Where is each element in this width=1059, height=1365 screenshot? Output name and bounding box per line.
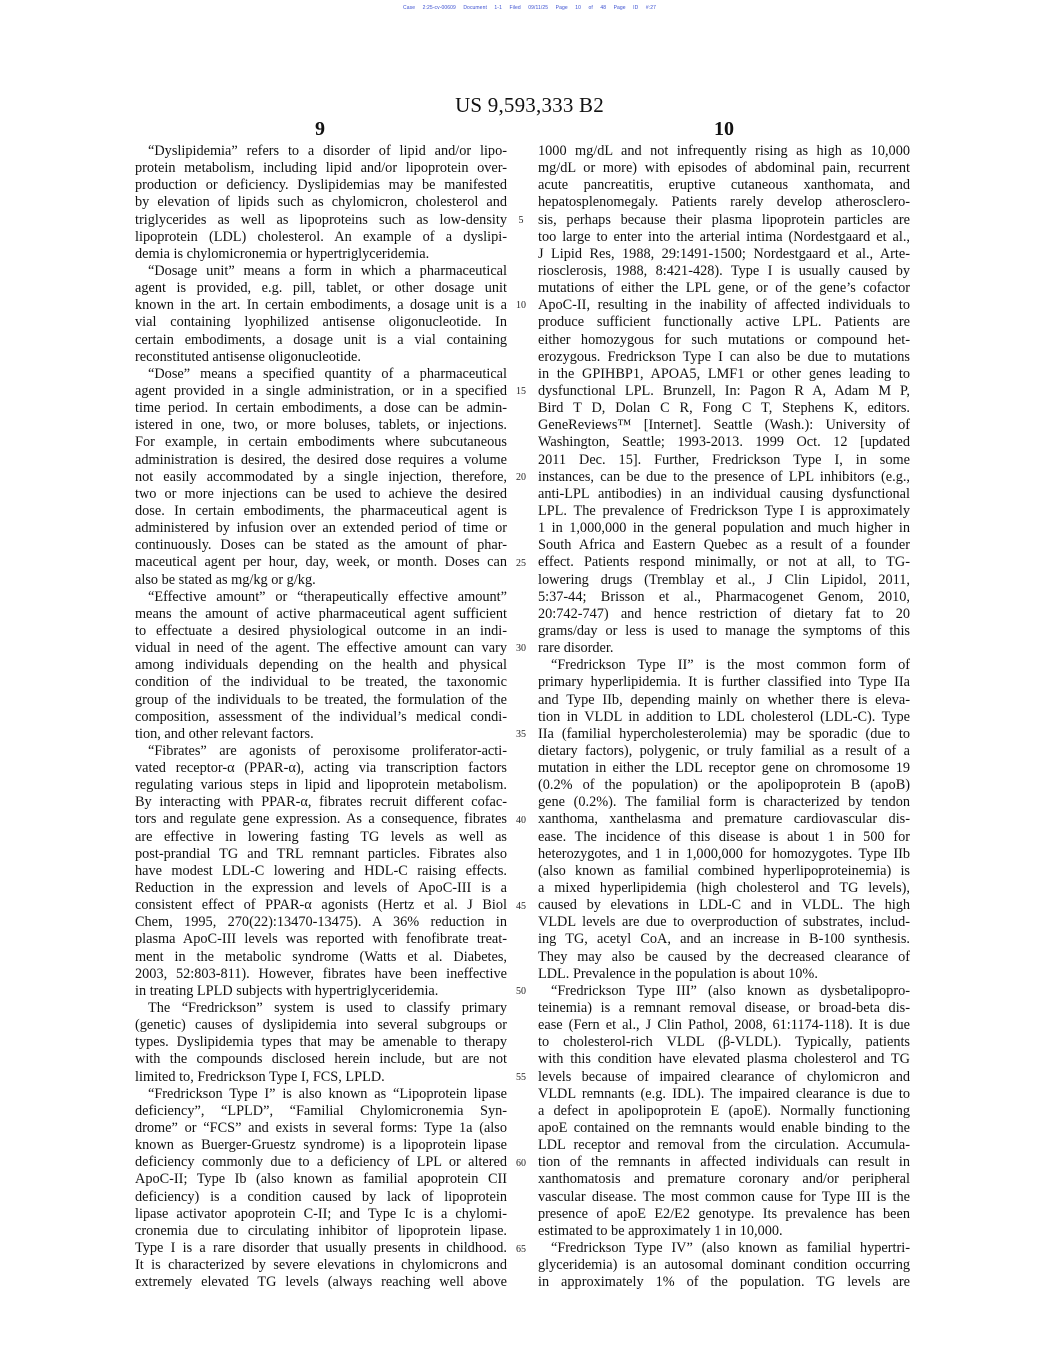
text-line: VLDL levels are due to overproduction of… <box>538 914 910 931</box>
text-line: For example, in certain embodiments wher… <box>135 434 507 451</box>
text-line: anti-LPL antibodies) in an individual ca… <box>538 486 910 503</box>
text-line: either homozygous for such mutations or … <box>538 332 910 349</box>
text-line: levels because of impaired clearance of … <box>538 1069 910 1086</box>
text-line: maceutical agent per hour, day, week, or… <box>135 554 507 571</box>
text-line: composition, assessment of the individua… <box>135 709 507 726</box>
text-line: teinemia) is a remnant removal disease, … <box>538 1000 910 1017</box>
text-line: post-prandial TG and TRL remnant particl… <box>135 846 507 863</box>
line-number: 15 <box>510 386 532 397</box>
text-line: mg/dL or more) with episodes of abdomina… <box>538 160 910 177</box>
text-line: a defect in apolipoprotein E (apoE). Nor… <box>538 1103 910 1120</box>
line-number: 5 <box>510 215 532 226</box>
text-line: demia is chylomicronemia or hypertriglyc… <box>135 246 507 263</box>
text-line: deficiency commonly due to a deficiency … <box>135 1154 507 1171</box>
text-line: known as Buerger-Gruestz syndrome) is a … <box>135 1137 507 1154</box>
text-line: have modest LDL-C lowering and HDL-C rai… <box>135 863 507 880</box>
text-line: protein metabolism, including lipid and/… <box>135 160 507 177</box>
line-number: 60 <box>510 1158 532 1169</box>
text-line: a mixed hyperlipidemia (high cholesterol… <box>538 880 910 897</box>
text-line: plasma ApoC-III levels was reported with… <box>135 931 507 948</box>
text-line: estimated to be approximately 1 in 10,00… <box>538 1223 910 1240</box>
text-line: instances, can be due to the presence of… <box>538 469 910 486</box>
text-line: ApoC-II, resulting in the inability of a… <box>538 297 910 314</box>
text-line: IIa (familial hypercholesterolemia) may … <box>538 726 910 743</box>
text-line: also be stated as mg/kg or g/kg. <box>135 572 507 589</box>
line-number: 40 <box>510 815 532 826</box>
text-line: lipoprotein (LDL) cholesterol. An exampl… <box>135 229 507 246</box>
text-line: (also known as familial combined hyperli… <box>538 863 910 880</box>
text-line: not easily accommodated by a single inje… <box>135 469 507 486</box>
text-line: 1000 mg/dL and not infrequently rising a… <box>538 143 910 160</box>
text-line: “Fredrickson Type III” (also known as dy… <box>538 983 910 1000</box>
text-line: vial containing lyophilized antisense ol… <box>135 314 507 331</box>
text-line: 2011 Dec. 15]. Further, Fredrickson Type… <box>538 452 910 469</box>
left-column-number: 9 <box>290 118 350 141</box>
text-line: They may also be caused by the decreased… <box>538 949 910 966</box>
text-line: and Type IIb, depending mainly on whethe… <box>538 692 910 709</box>
text-line: by elevation of lipids such as chylomicr… <box>135 194 507 211</box>
right-column-number: 10 <box>694 118 754 141</box>
text-line: too large to enter into the arterial int… <box>538 229 910 246</box>
text-line: lowering drugs (Tremblay et al., J Clin … <box>538 572 910 589</box>
text-line: dietary factors), polygenic, or truly fa… <box>538 743 910 760</box>
text-line: in approximately 1% of the population. T… <box>538 1274 910 1291</box>
text-line: “Dosage unit” means a form in which a ph… <box>135 263 507 280</box>
text-line: means the amount of active pharmaceutica… <box>135 606 507 623</box>
court-filing-stamp: Case 2:25-cv-00609 Document 1-1 Filed 09… <box>0 5 1059 11</box>
text-line: primary hyperlipidemia. It is further cl… <box>538 674 910 691</box>
text-line: “Effective amount” or “therapeutically e… <box>135 589 507 606</box>
text-line: administered by infusion over an extende… <box>135 520 507 537</box>
text-line: known in the art. In certain embodiments… <box>135 297 507 314</box>
text-line: istered in one, two, or more boluses, ta… <box>135 417 507 434</box>
text-line: ApoC-II; Type Ib (also known as familial… <box>135 1171 507 1188</box>
patent-number: US 9,593,333 B2 <box>0 93 1059 118</box>
text-line: condition of the individual to be treate… <box>135 674 507 691</box>
text-line: “Fredrickson Type II” is the most common… <box>538 657 910 674</box>
text-line: “Fredrickson Type IV” (also known as fam… <box>538 1240 910 1257</box>
text-line: time period. In certain embodiments, a d… <box>135 400 507 417</box>
line-number: 55 <box>510 1072 532 1083</box>
text-line: tion, and other relevant factors. <box>135 726 507 743</box>
text-line: rare disorder. <box>538 640 910 657</box>
right-text-column: 1000 mg/dL and not infrequently rising a… <box>538 143 910 1291</box>
text-line: mutations of either the LPL gene, or of … <box>538 280 910 297</box>
text-line: mutation in either the LDL receptor gene… <box>538 760 910 777</box>
text-line: with the compounds disclosed herein incl… <box>135 1051 507 1068</box>
text-line: tors and regulate gene expression. As a … <box>135 811 507 828</box>
text-line: heterozygotes, and 1 in 1,000,000 for ho… <box>538 846 910 863</box>
text-line: ing TG, acetyl CoA, and an increase in B… <box>538 931 910 948</box>
text-line: Chem, 1995, 270(22):13470-13475). A 36% … <box>135 914 507 931</box>
text-line: dysfunctional LPL. Brunzell, In: Pagon R… <box>538 383 910 400</box>
text-line: effect. Patients respond minimally, or n… <box>538 554 910 571</box>
text-line: tion of the remnants in affected individ… <box>538 1154 910 1171</box>
text-line: sis, perhaps because their plasma lipopr… <box>538 212 910 229</box>
text-line: deficiency”, “LPLD”, “Familial Chylomicr… <box>135 1103 507 1120</box>
line-number: 20 <box>510 472 532 483</box>
text-line: limited to, Fredrickson Type I, FCS, LPL… <box>135 1069 507 1086</box>
text-line: LDL receptor and removal from the circul… <box>538 1137 910 1154</box>
text-line: The “Fredrickson” system is used to clas… <box>135 1000 507 1017</box>
text-line: in the GPIHBP1, APOA5, LMF1 or other gen… <box>538 366 910 383</box>
line-number: 30 <box>510 643 532 654</box>
text-line: LPL. The prevalence of Fredrickson Type … <box>538 503 910 520</box>
left-text-column: “Dyslipidemia” refers to a disorder of l… <box>135 143 507 1291</box>
text-line: glyceridemia) is an autosomal dominant c… <box>538 1257 910 1274</box>
text-line: Type I is a rare disorder that usually p… <box>135 1240 507 1257</box>
text-line: caused by elevations in LDL-C and in VLD… <box>538 897 910 914</box>
line-number: 65 <box>510 1244 532 1255</box>
text-line: VLDL remnants (e.g. IDL). The impaired c… <box>538 1086 910 1103</box>
text-line: tion in VLDL in addition to LDL choleste… <box>538 709 910 726</box>
text-line: “Dyslipidemia” refers to a disorder of l… <box>135 143 507 160</box>
text-line: “Dose” means a specified quantity of a p… <box>135 366 507 383</box>
text-line: agent provided in a single administratio… <box>135 383 507 400</box>
text-line: 20:742-747) and hence restriction of die… <box>538 606 910 623</box>
text-line: with this condition have elevated plasma… <box>538 1051 910 1068</box>
text-line: Reduction in the expression and levels o… <box>135 880 507 897</box>
text-line: xanthoma, xanthelasma and premature card… <box>538 811 910 828</box>
text-line: By interacting with PPAR-α, fibrates rec… <box>135 794 507 811</box>
text-line: ease (Fern et al., J Clin Pathol, 2008, … <box>538 1017 910 1034</box>
text-line: produce sufficient functionally active L… <box>538 314 910 331</box>
text-line: vascular disease. The most common cause … <box>538 1189 910 1206</box>
text-line: are effective in lowering fasting TG lev… <box>135 829 507 846</box>
text-line: 5:37-44; Brisson et al., Pharmacogenet G… <box>538 589 910 606</box>
text-line: to cholesterol-rich VLDL (β-VLDL). Typic… <box>538 1034 910 1051</box>
text-line: regulating various steps in lipid and li… <box>135 777 507 794</box>
text-line: triglycerides as well as lipoproteins su… <box>135 212 507 229</box>
text-line: continuously. Doses can be stated as the… <box>135 537 507 554</box>
text-line: GeneReviews™ [Internet]. Seattle (Wash.)… <box>538 417 910 434</box>
text-line: deficiency) is a condition caused by lac… <box>135 1189 507 1206</box>
text-line: South Africa and Eastern Quebec as a res… <box>538 537 910 554</box>
text-line: in treating LPLD subjects with hypertrig… <box>135 983 507 1000</box>
text-line: Bird T D, Dolan C R, Fong C T, Stephens … <box>538 400 910 417</box>
text-line: cronemia due to circulating inhibitor of… <box>135 1223 507 1240</box>
text-line: administration is desired, the desired d… <box>135 452 507 469</box>
text-line: consistent effect of PPAR-α agonists (He… <box>135 897 507 914</box>
text-line: dose. In certain embodiments, the pharma… <box>135 503 507 520</box>
text-line: LDL. Prevalence in the population is abo… <box>538 966 910 983</box>
text-line: drome” or “FCS” and exists in several fo… <box>135 1120 507 1137</box>
text-line: ment in the metabolic syndrome (Watts et… <box>135 949 507 966</box>
text-line: grams/day or less is used to manage the … <box>538 623 910 640</box>
text-line: (genetic) causes of dyslipidemia into se… <box>135 1017 507 1034</box>
text-line: ease. The incidence of this disease is a… <box>538 829 910 846</box>
text-line: among individuals depending on the healt… <box>135 657 507 674</box>
text-line: presence of apoE E2/E2 genotype. Its pre… <box>538 1206 910 1223</box>
text-line: gene (0.2%). The familial form is charac… <box>538 794 910 811</box>
line-number: 35 <box>510 729 532 740</box>
text-line: extremely elevated TG levels (always rea… <box>135 1274 507 1291</box>
text-line: “Fredrickson Type I” is also known as “L… <box>135 1086 507 1103</box>
text-line: hepatosplenomegaly. Patients rarely deve… <box>538 194 910 211</box>
text-line: types. Dyslipidemia types that may be am… <box>135 1034 507 1051</box>
text-line: agent is provided, e.g. pill, tablet, or… <box>135 280 507 297</box>
line-number: 45 <box>510 901 532 912</box>
text-line: xanthomatosis and premature coronary and… <box>538 1171 910 1188</box>
text-line: Washington, Seattle; 1993-2013. 1999 Oct… <box>538 434 910 451</box>
text-line: 1 in 1,000,000 in the general population… <box>538 520 910 537</box>
text-line: riosclerosis, 1988, 8:421-428). Type I i… <box>538 263 910 280</box>
text-line: “Fibrates” are agonists of peroxisome pr… <box>135 743 507 760</box>
text-line: (0.2% of the population) or the apolipop… <box>538 777 910 794</box>
text-line: group of the individuals to be treated, … <box>135 692 507 709</box>
text-line: acute pancreatitis, eruptive cutaneous x… <box>538 177 910 194</box>
line-number: 25 <box>510 558 532 569</box>
line-number: 10 <box>510 300 532 311</box>
text-line: erozygous. Fredrickson Type I can also b… <box>538 349 910 366</box>
text-line: certain embodiments, a dosage unit is a … <box>135 332 507 349</box>
text-line: lipase activator apoprotein C-II; and Ty… <box>135 1206 507 1223</box>
text-line: apoE contained on the remnants would ena… <box>538 1120 910 1137</box>
text-line: to effectuate a desired physiological ou… <box>135 623 507 640</box>
text-line: production or deficiency. Dyslipidemias … <box>135 177 507 194</box>
text-line: It is characterized by severe elevations… <box>135 1257 507 1274</box>
text-line: J Lipid Res, 1988, 29:1491-1500; Nordest… <box>538 246 910 263</box>
text-line: reconstituted antisense oligonucleotide. <box>135 349 507 366</box>
line-number: 50 <box>510 986 532 997</box>
text-line: vidual in need of the agent. The effecti… <box>135 640 507 657</box>
text-line: two or more injections can be used to ac… <box>135 486 507 503</box>
text-line: 2003, 52:803-811). However, fibrates hav… <box>135 966 507 983</box>
text-line: vated receptor-α (PPAR-α), acting via tr… <box>135 760 507 777</box>
